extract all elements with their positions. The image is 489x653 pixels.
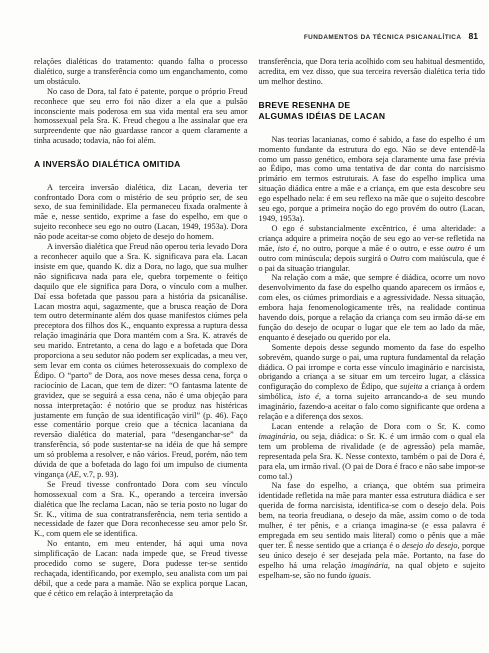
paragraph: No caso de Dora, tal fato é patente, por…	[34, 87, 248, 146]
paragraph: transferência, que Dora teria acolhido c…	[259, 57, 485, 87]
paragraph: Na fase do espelho, a criança, que obtém…	[259, 481, 485, 580]
section-heading: BREVE RESENHA DE ALGUMAS IDÉIAS DE LACAN	[259, 100, 485, 123]
section-heading: A INVERSÃO DIALÉTICA OMITIDA	[34, 159, 248, 171]
page-number: 81	[468, 31, 478, 41]
paragraph: relações dialéticas do tratamento: quand…	[34, 57, 248, 87]
book-page: FUNDAMENTOS DA TÉCNICA PSICANALÍTICA 81 …	[0, 0, 489, 653]
paragraph: No entanto, em meu entender, há aqui uma…	[34, 539, 248, 598]
paragraph: O ego é substancialmente excêntrico, é u…	[259, 224, 485, 274]
text-columns: relações dialéticas do tratamento: quand…	[34, 57, 485, 599]
running-header: FUNDAMENTOS DA TÉCNICA PSICANALÍTICA 81	[34, 31, 485, 42]
paragraph: Nas teorias lacanianas, como é sabido, a…	[259, 135, 485, 224]
running-title: FUNDAMENTOS DA TÉCNICA PSICANALÍTICA	[304, 34, 462, 41]
paragraph: A terceira inversão dialética, diz Lacan…	[34, 183, 248, 242]
paragraph: Na relação com a mãe, que sempre é diádi…	[259, 273, 485, 342]
paragraph: Somente depois desse segundo momento da …	[259, 343, 485, 422]
paragraph: Lacan entende a relação de Dora com o Sr…	[259, 422, 485, 481]
right-column: transferência, que Dora teria acolhido c…	[259, 57, 485, 599]
paragraph: Se Freud tivesse confrontado Dora com se…	[34, 480, 248, 539]
paragraph: A inversão dialética que Freud não opero…	[34, 242, 248, 480]
left-column: relações dialéticas do tratamento: quand…	[34, 57, 248, 599]
